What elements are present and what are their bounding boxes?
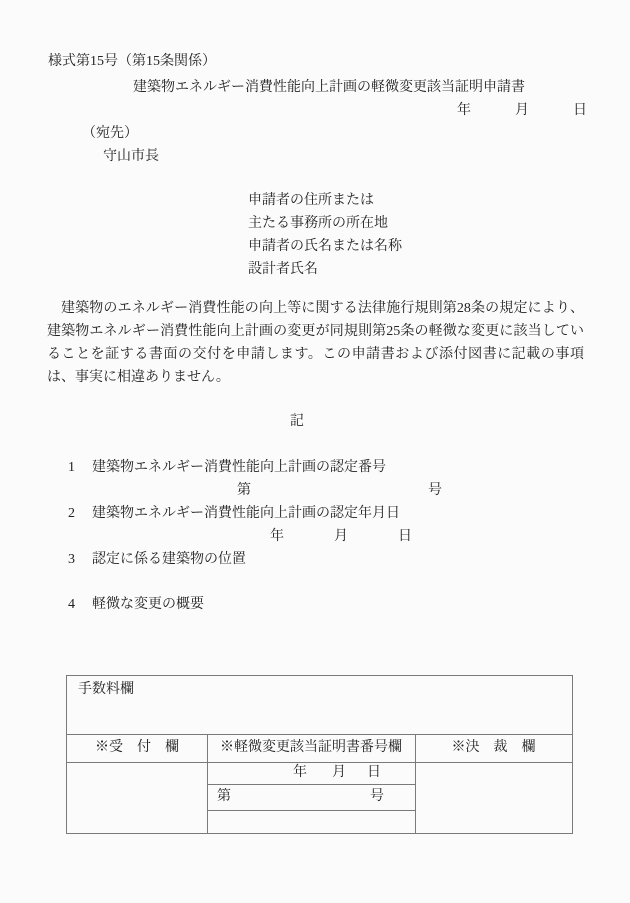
- cert-number-cell: 第 号: [207, 784, 415, 810]
- item-4-number: 4: [68, 593, 92, 616]
- item-3-number: 3: [68, 548, 92, 571]
- item-1-number: 1: [68, 456, 92, 479]
- approval-header-cell: ※決 裁 欄: [415, 734, 572, 762]
- fee-cell: 手数料欄: [78, 680, 134, 700]
- table-rule: [208, 810, 415, 811]
- application-form-page: 様式第15号（第15条関係） 建築物エネルギー消費性能向上計画の軽微変更該当証明…: [0, 0, 630, 903]
- item-2-label: 建築物エネルギー消費性能向上計画の認定年月日: [92, 502, 400, 525]
- number-suffix-label: 号: [428, 479, 442, 502]
- applicant-office-label: 主たる事務所の所在地: [248, 212, 402, 235]
- body-paragraph: 建築物のエネルギー消費性能の向上等に関する法律施行規則第28条の規定により、建築…: [47, 297, 584, 389]
- office-use-table: 手数料欄 ※受 付 欄 ※軽微変更該当証明書番号欄 ※決 裁 欄 年 月 日 第…: [66, 675, 573, 834]
- month-label: 月: [334, 525, 348, 548]
- record-heading: 記: [290, 410, 304, 433]
- year-label: 年: [270, 525, 284, 548]
- applicant-name-label: 申請者の氏名または名称: [248, 235, 402, 258]
- item-2: 2 建築物エネルギー消費性能向上計画の認定年月日: [68, 502, 400, 525]
- applicant-address-label: 申請者の住所または: [248, 189, 402, 212]
- item-1-label: 建築物エネルギー消費性能向上計画の認定番号: [92, 456, 386, 479]
- item-4-label: 軽微な変更の概要: [92, 593, 204, 616]
- year-label: 年: [457, 99, 471, 122]
- number-suffix-label: 号: [370, 788, 384, 806]
- form-number-line: 様式第15号（第15条関係）: [48, 50, 216, 73]
- item-3: 3 認定に係る建築物の位置: [68, 548, 246, 571]
- item-2-number: 2: [68, 502, 92, 525]
- addressee-label: （宛先）: [82, 122, 138, 145]
- cert-number-header-cell: ※軽微変更該当証明書番号欄: [207, 734, 415, 762]
- reception-header-cell: ※受 付 欄: [67, 734, 207, 762]
- item-3-label: 認定に係る建築物の位置: [92, 548, 246, 571]
- item-1-certification-number-line: 第 号: [237, 479, 442, 502]
- day-label: 日: [573, 99, 587, 122]
- cert-date-cell: 年 月 日: [207, 762, 415, 784]
- designer-name-label: 設計者氏名: [248, 258, 402, 281]
- month-label: 月: [515, 99, 529, 122]
- day-label: 日: [398, 525, 412, 548]
- year-label: 年: [293, 764, 307, 782]
- number-prefix-label: 第: [217, 788, 231, 806]
- item-1: 1 建築物エネルギー消費性能向上計画の認定番号: [68, 456, 386, 479]
- item-2-certification-date-line: 年 月 日: [270, 525, 412, 548]
- item-4: 4 軽微な変更の概要: [68, 593, 204, 616]
- month-label: 月: [332, 764, 346, 782]
- day-label: 日: [367, 764, 381, 782]
- addressee-name: 守山市長: [103, 145, 159, 168]
- number-prefix-label: 第: [237, 479, 251, 502]
- form-title: 建築物エネルギー消費性能向上計画の軽微変更該当証明申請書: [133, 76, 525, 99]
- applicant-block: 申請者の住所または 主たる事務所の所在地 申請者の氏名または名称 設計者氏名: [248, 189, 402, 281]
- application-date-line: 年 月 日: [457, 99, 587, 122]
